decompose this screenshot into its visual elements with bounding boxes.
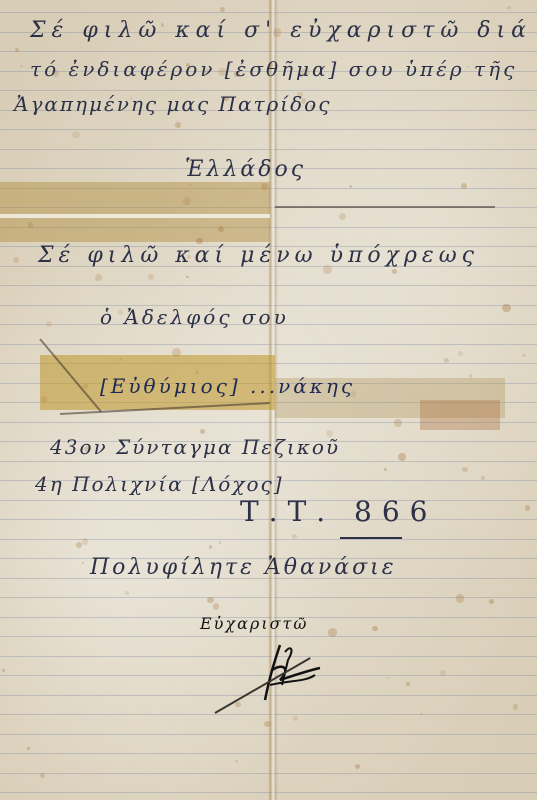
regiment-line: 43ον Σύνταγμα Πεζικοῦ (50, 435, 340, 459)
letter-line: Ἀγαπημένης μας Πατρίδος (14, 92, 331, 116)
letter-line: τό ἐνδιαφέρον [ἐσθῆμα] σου ὑπέρ τῆς (30, 57, 517, 81)
signature (250, 640, 330, 710)
stain (420, 400, 500, 430)
letter-line: Σέ φιλῶ καί σ' εὐχαριστῶ διά (30, 18, 532, 43)
letter-paper: Σέ φιλῶ καί σ' εὐχαριστῶ διά τό ἐνδιαφέρ… (0, 0, 537, 800)
underline (340, 537, 402, 539)
tape-strip (0, 182, 270, 242)
unit-line: 4η Πολιχνία [Λόχος] (35, 472, 284, 496)
addressee-line: Πολυφίλητε Ἀθανάσιε (90, 555, 397, 580)
letter-line: ὁ Ἀδελφός σου (100, 305, 289, 329)
sender-name: [Εὐθύμιος] ...νάκης (100, 374, 355, 398)
crease (275, 206, 495, 208)
field-post-number: Τ.Τ. 866 (240, 495, 438, 528)
letter-line: Ἑλλάδος (185, 157, 306, 182)
closing-line: Εὐχαριστῶ (200, 614, 308, 633)
crease (0, 214, 270, 218)
letter-line: Σέ φιλῶ καί μένω ὑπόχρεως (38, 243, 479, 268)
